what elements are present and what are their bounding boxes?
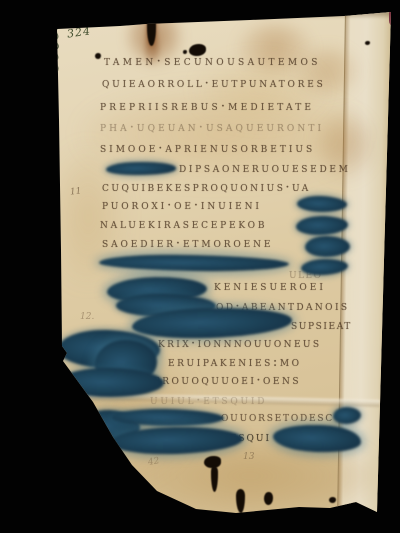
top-edge-shade	[56, 12, 392, 19]
ink-blotch	[106, 161, 176, 175]
ms-text-line: krix·ionnnouuoneus	[158, 337, 321, 351]
ink-spot	[264, 492, 273, 505]
ms-text-line: pha·uqeuan·usaqueuronti	[100, 121, 324, 135]
ink-spot	[329, 497, 336, 503]
pencil-mark: 42	[147, 456, 160, 468]
folio-number: 324	[66, 24, 92, 40]
ms-text-line: dipsaoneruouesedem	[179, 162, 351, 176]
ms-text-line: supsieat	[291, 319, 352, 333]
ink-spot	[95, 53, 101, 59]
ms-text-line: ouuorsetodesc	[221, 411, 334, 425]
ms-text-line: uuiul·etsquid	[150, 394, 267, 408]
parchment-leaf: tamen·secunousautemos quieaorroll·eutpun…	[0, 0, 400, 533]
ink-drip	[236, 489, 245, 513]
ink-blotch	[297, 195, 348, 213]
ink-blotch-bar	[99, 254, 289, 272]
ms-text-line: cuquibekesproquonius·ua	[102, 181, 311, 195]
ms-text-line: eruipakenies:mo	[168, 356, 302, 370]
ms-text-line: naluekirasecepekob	[100, 218, 267, 232]
pencil-mark: 12.	[80, 312, 94, 322]
ms-text-line: prepriisrebus·medietate	[100, 100, 314, 114]
ms-text-line: sprouoquuoei·oens	[145, 374, 301, 388]
ms-text-line: puoroxi·oe·inuieni	[102, 199, 262, 213]
tear-slit	[147, 15, 156, 46]
ms-text-line: keniesueroei	[214, 280, 326, 294]
ms-text-line: simooe·aprienusorbetius	[100, 142, 315, 156]
margin-note-vertical-icon	[52, 16, 64, 74]
ink-drip	[211, 466, 218, 492]
ms-text-line: quieaorroll·eutpunatores	[102, 77, 326, 91]
pencil-mark: 11	[70, 186, 82, 197]
pencil-mark: 13	[243, 452, 254, 462]
ink-spot	[114, 485, 122, 491]
ink-blotch	[296, 216, 348, 236]
ms-text-line: saoedier·etmoroene	[102, 237, 273, 251]
adjacent-leaf-sliver	[389, 12, 398, 26]
manuscript-photo: tamen·secunousautemos quieaorroll·eutpun…	[0, 0, 400, 533]
ink-spot	[351, 503, 356, 507]
ms-text-line: tamen·secunousautemos	[104, 55, 321, 69]
